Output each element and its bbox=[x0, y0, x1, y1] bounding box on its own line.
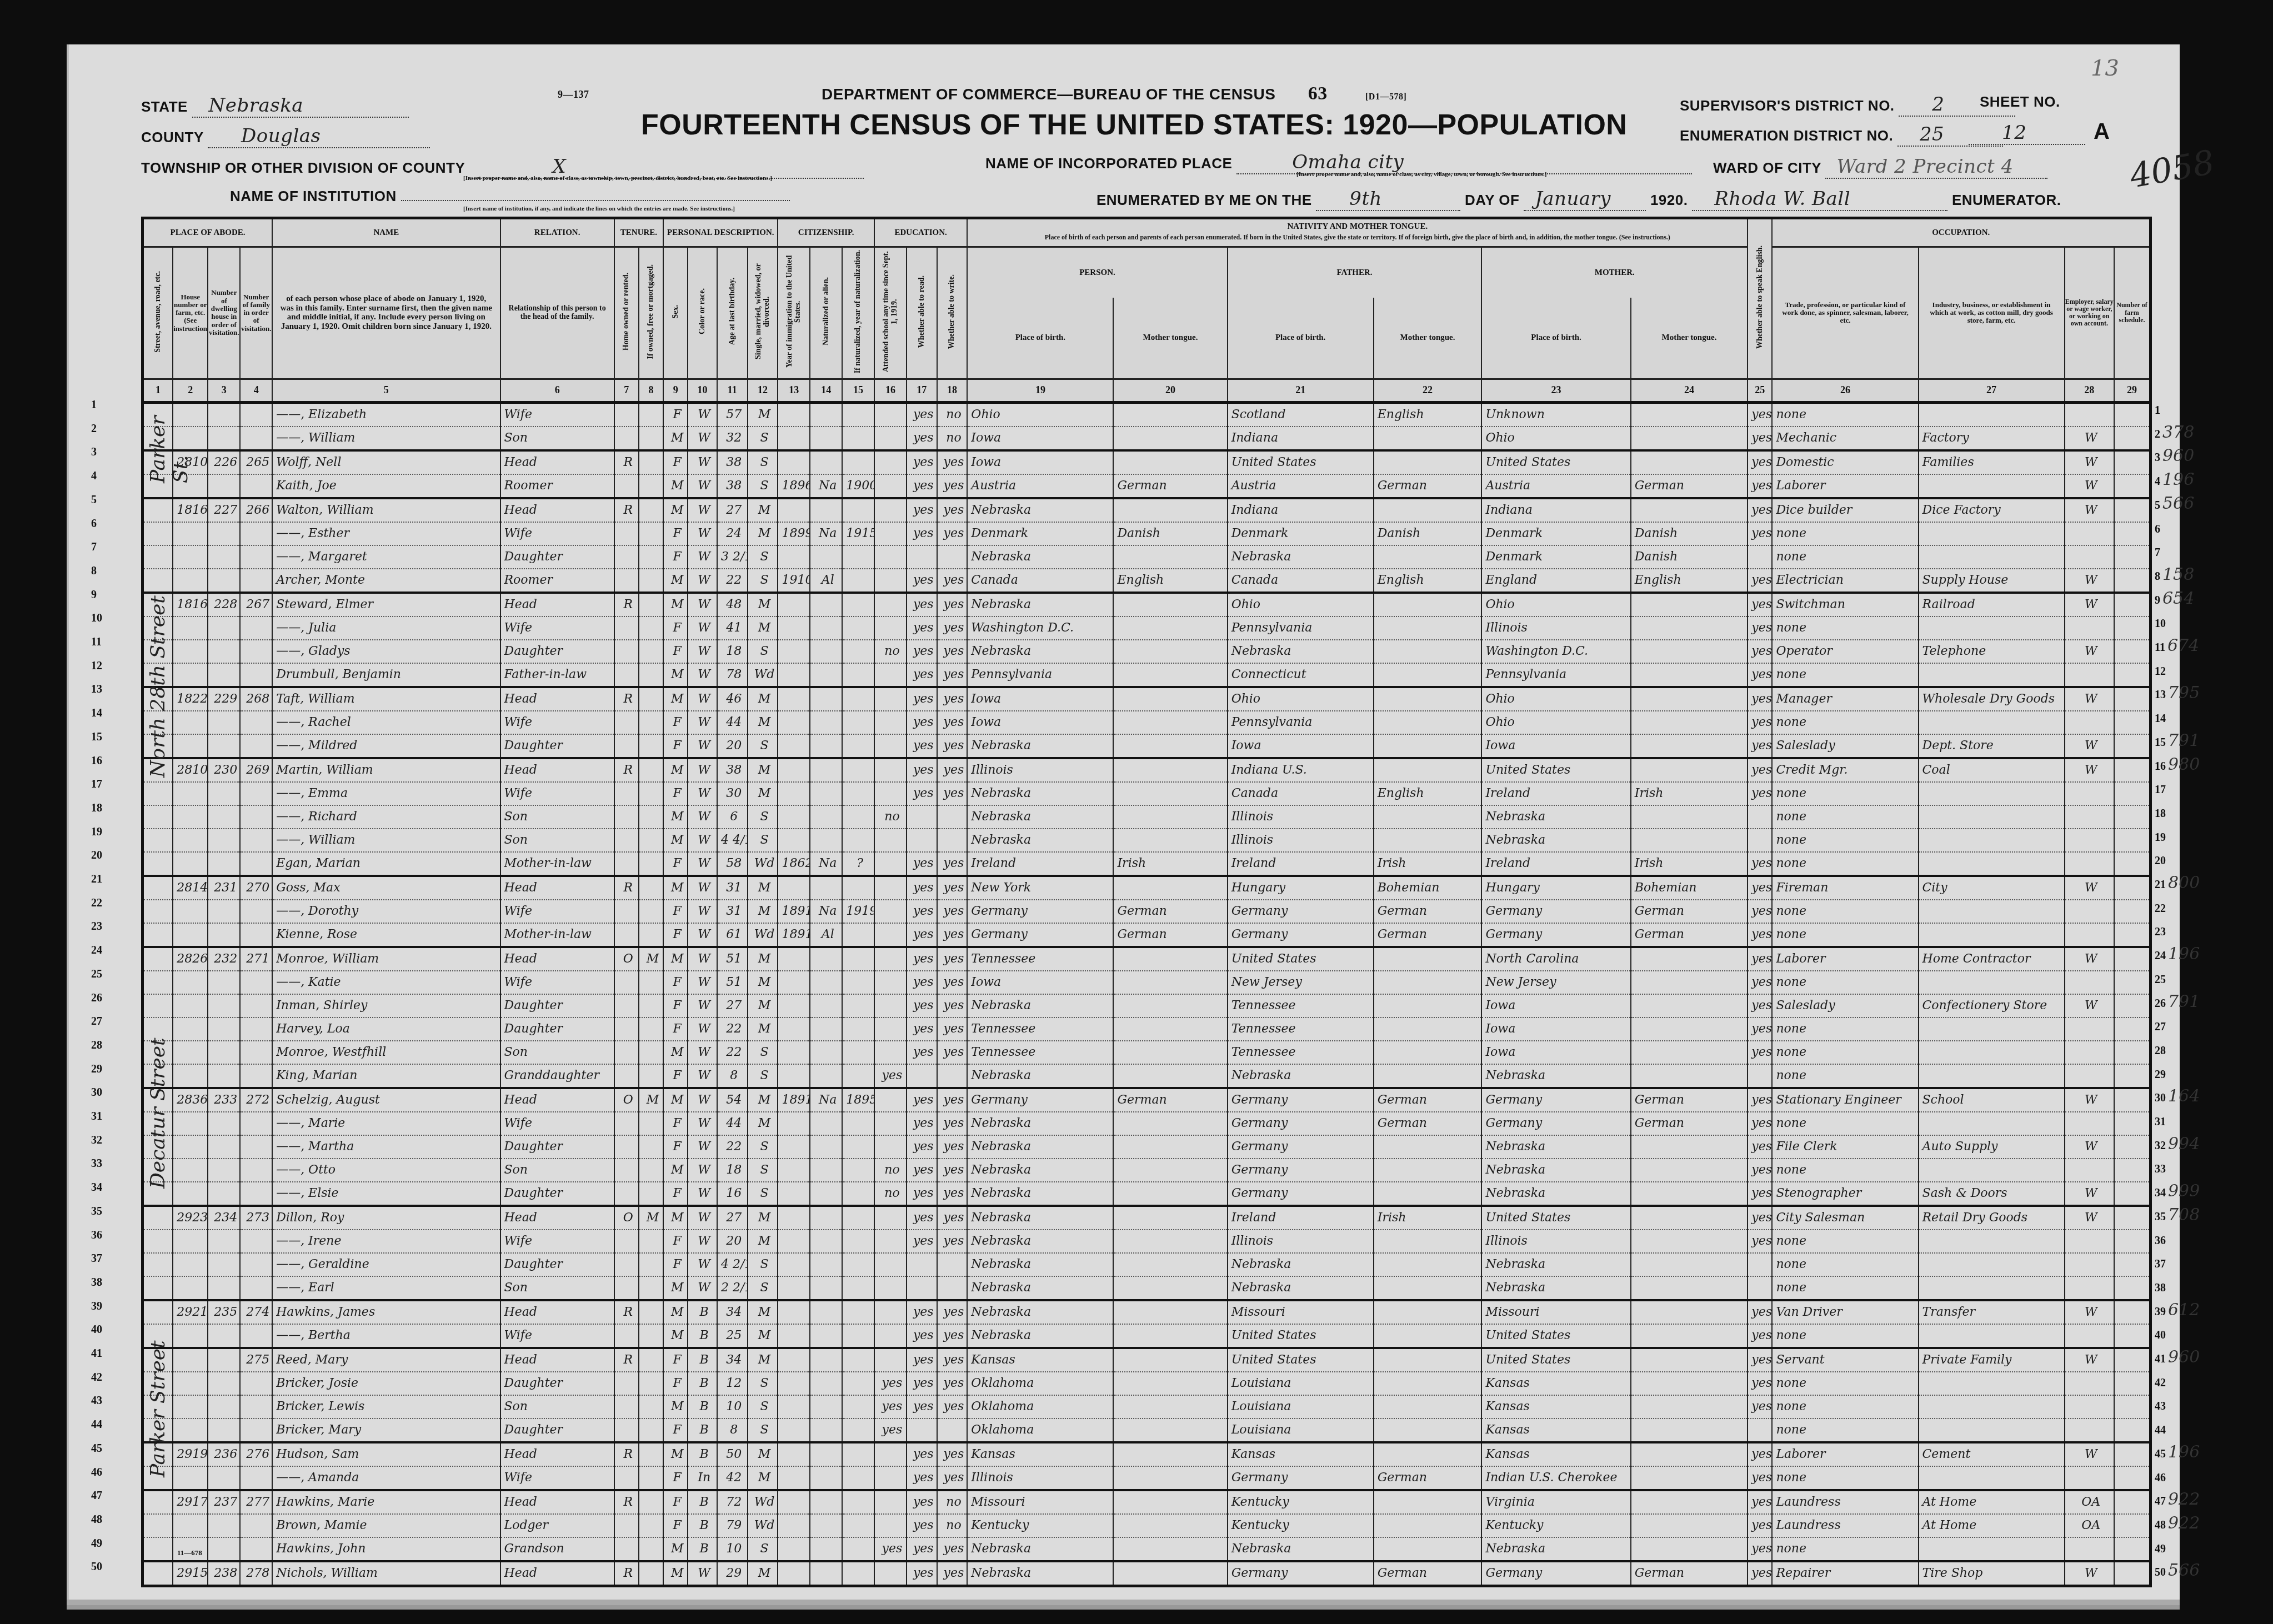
cell-write bbox=[937, 1253, 968, 1276]
cell-write: yes bbox=[937, 1537, 968, 1561]
cell-name: Goss, Max bbox=[272, 876, 500, 900]
cell-farm bbox=[2114, 734, 2150, 758]
cell-relation: Wife bbox=[500, 711, 614, 734]
cell-industry bbox=[1919, 663, 2065, 687]
cell-nat bbox=[810, 805, 842, 829]
cell-tongue bbox=[1113, 1230, 1227, 1253]
cell-dwelling: 233 bbox=[208, 1088, 240, 1112]
cell-employ bbox=[2065, 545, 2114, 569]
cell-family bbox=[240, 900, 272, 923]
cell-natyear bbox=[842, 450, 874, 474]
line-number: 46 bbox=[2155, 1472, 2166, 1484]
cell-farm bbox=[2114, 1324, 2150, 1348]
cell-home: R bbox=[614, 1348, 639, 1372]
cell-school bbox=[874, 569, 907, 593]
cell-trade: none bbox=[1772, 1395, 1918, 1419]
column-number: 4 bbox=[240, 379, 272, 402]
cell-trade: none bbox=[1772, 1466, 1918, 1490]
column-number: 1 bbox=[143, 379, 173, 402]
cell-pob: Nebraska bbox=[967, 545, 1113, 569]
cell-fpob: Germany bbox=[1228, 1112, 1374, 1135]
cell-home bbox=[614, 1466, 639, 1490]
cell-english: yes bbox=[1748, 1300, 1772, 1324]
cell-english: yes bbox=[1748, 734, 1772, 758]
cell-nat bbox=[810, 994, 842, 1017]
cell-name: Kienne, Rose bbox=[272, 923, 500, 947]
cell-relation: Lodger bbox=[500, 1514, 614, 1537]
cell-write bbox=[937, 1064, 968, 1088]
line-number-left: 37 bbox=[91, 1252, 102, 1265]
cell-marital: S bbox=[748, 545, 778, 569]
cell-pob: Nebraska bbox=[967, 1561, 1113, 1586]
col-15-header: If naturalized, year of naturalization. bbox=[842, 247, 874, 379]
cell-ftongue bbox=[1374, 1537, 1482, 1561]
cell-owned bbox=[639, 1041, 663, 1064]
cell-school: no bbox=[874, 805, 907, 829]
cell-family bbox=[240, 1112, 272, 1135]
line-number: 9 bbox=[2155, 594, 2160, 607]
cell-marital: S bbox=[748, 640, 778, 663]
cell-farm bbox=[2114, 923, 2150, 947]
cell-school bbox=[874, 687, 907, 711]
cell-sex: F bbox=[663, 1230, 688, 1253]
cell-mtongue bbox=[1631, 1253, 1748, 1276]
cell-pob: Kansas bbox=[967, 1348, 1113, 1372]
cell-ftongue bbox=[1374, 1324, 1482, 1348]
cell-nat bbox=[810, 1300, 842, 1324]
cell-natyear bbox=[842, 923, 874, 947]
cell-name: Nichols, William bbox=[272, 1561, 500, 1586]
cell-house bbox=[173, 805, 208, 829]
cell-pob: Ohio bbox=[967, 402, 1113, 427]
cell-natyear bbox=[842, 1514, 874, 1537]
line-number: 2 bbox=[2155, 428, 2160, 440]
cell-home bbox=[614, 427, 639, 450]
cell-write: yes bbox=[937, 1372, 968, 1395]
cell-natyear bbox=[842, 498, 874, 522]
cell-family bbox=[240, 1419, 272, 1442]
cell-nat: Al bbox=[810, 569, 842, 593]
cell-immig bbox=[778, 1253, 810, 1276]
sheet-value: 12 bbox=[1969, 122, 2085, 145]
cell-house bbox=[173, 663, 208, 687]
occupation-code: 791 bbox=[2168, 992, 2200, 1011]
cell-trade: Stationary Engineer bbox=[1772, 1088, 1918, 1112]
cell-family bbox=[240, 402, 272, 427]
cell-mtongue: German bbox=[1631, 1088, 1748, 1112]
cell-write: no bbox=[937, 427, 968, 450]
cell-age: 30 bbox=[717, 782, 748, 805]
cell-age: 32 bbox=[717, 427, 748, 450]
cell-fpob: Germany bbox=[1228, 1466, 1374, 1490]
cell-mtongue: German bbox=[1631, 1112, 1748, 1135]
cell-school bbox=[874, 522, 907, 545]
cell-owned bbox=[639, 1419, 663, 1442]
line-number: 32 bbox=[2155, 1140, 2166, 1152]
cell-farm bbox=[2114, 1135, 2150, 1159]
cell-immig bbox=[778, 1276, 810, 1300]
line-number-left: 16 bbox=[91, 755, 102, 768]
cell-name: ——, Emma bbox=[272, 782, 500, 805]
cell-school: no bbox=[874, 640, 907, 663]
cell-dwelling: 229 bbox=[208, 687, 240, 711]
cell-write bbox=[937, 1276, 968, 1300]
cell-ftongue bbox=[1374, 687, 1482, 711]
cell-write: yes bbox=[937, 994, 968, 1017]
cell-farm bbox=[2114, 1112, 2150, 1135]
cell-name: Monroe, Westfhill bbox=[272, 1041, 500, 1064]
cell-school bbox=[874, 1324, 907, 1348]
line-number: 15 bbox=[2155, 736, 2166, 749]
cell-nat bbox=[810, 593, 842, 616]
line-number-left: 7 bbox=[91, 541, 97, 554]
cell-read: yes bbox=[907, 1182, 937, 1206]
cell-relation: Head bbox=[500, 1442, 614, 1466]
enumerated-day: 9th bbox=[1316, 188, 1460, 211]
cell-farm bbox=[2114, 1017, 2150, 1041]
cell-employ: W bbox=[2065, 1135, 2114, 1159]
cell-school bbox=[874, 1017, 907, 1041]
cell-relation: Mother-in-law bbox=[500, 923, 614, 947]
mother-header: MOTHER. bbox=[1481, 247, 1748, 298]
cell-sex: F bbox=[663, 711, 688, 734]
cell-house: 1822 bbox=[173, 687, 208, 711]
cell-natyear bbox=[842, 782, 874, 805]
cell-write: yes bbox=[937, 1395, 968, 1419]
cell-farm bbox=[2114, 427, 2150, 450]
cell-farm bbox=[2114, 1442, 2150, 1466]
cell-employ bbox=[2065, 829, 2114, 852]
enumeration-field: ENUMERATION DISTRICT NO. 25 bbox=[1680, 123, 2003, 147]
cell-sex: M bbox=[663, 1276, 688, 1300]
cell-english: yes bbox=[1748, 852, 1772, 876]
cell-age: 25 bbox=[717, 1324, 748, 1348]
cell-mpob: Kansas bbox=[1481, 1395, 1630, 1419]
cell-sex: F bbox=[663, 616, 688, 640]
cell-school: yes bbox=[874, 1372, 907, 1395]
line-number-right: 48922 bbox=[2155, 1513, 2200, 1533]
institution-label: NAME OF INSTITUTION bbox=[230, 188, 397, 204]
table-row: 2919236276Hudson, SamHeadRMB50MyesyesKan… bbox=[143, 1442, 2151, 1466]
cell-nat bbox=[810, 616, 842, 640]
cell-nat: Na bbox=[810, 522, 842, 545]
col-18-header: Whether able to write. bbox=[937, 247, 968, 379]
cell-employ bbox=[2065, 1230, 2114, 1253]
cell-tongue bbox=[1113, 1253, 1227, 1276]
cell-street bbox=[143, 1514, 173, 1537]
col-4-header: Number of family in order of visitation. bbox=[240, 247, 272, 379]
cell-home bbox=[614, 640, 639, 663]
cell-family: 277 bbox=[240, 1490, 272, 1514]
cell-school: yes bbox=[874, 1064, 907, 1088]
cell-name: Hudson, Sam bbox=[272, 1442, 500, 1466]
cell-school bbox=[874, 947, 907, 971]
cell-english: yes bbox=[1748, 711, 1772, 734]
cell-tongue: German bbox=[1113, 923, 1227, 947]
cell-write: yes bbox=[937, 711, 968, 734]
cell-marital: M bbox=[748, 593, 778, 616]
cell-race: W bbox=[688, 663, 717, 687]
line-number: 21 bbox=[2155, 879, 2166, 891]
cell-natyear bbox=[842, 947, 874, 971]
cell-race: W bbox=[688, 522, 717, 545]
cell-family bbox=[240, 782, 272, 805]
cell-industry: Confectionery Store bbox=[1919, 994, 2065, 1017]
cell-trade: none bbox=[1772, 805, 1918, 829]
cell-relation: Head bbox=[500, 450, 614, 474]
cell-relation: Father-in-law bbox=[500, 663, 614, 687]
cell-dwelling bbox=[208, 1514, 240, 1537]
cell-industry: Tire Shop bbox=[1919, 1561, 2065, 1586]
cell-owned bbox=[639, 971, 663, 994]
cell-natyear bbox=[842, 545, 874, 569]
cell-home bbox=[614, 663, 639, 687]
cell-read: yes bbox=[907, 427, 937, 450]
cell-natyear bbox=[842, 1300, 874, 1324]
cell-natyear: 1919 bbox=[842, 900, 874, 923]
cell-owned bbox=[639, 1348, 663, 1372]
cell-street bbox=[143, 782, 173, 805]
table-row: Harvey, LoaDaughterFW22MyesyesTennesseeT… bbox=[143, 1017, 2151, 1041]
cell-dwelling: 230 bbox=[208, 758, 240, 782]
cell-employ: W bbox=[2065, 474, 2114, 498]
cell-name: Bricker, Lewis bbox=[272, 1395, 500, 1419]
cell-farm bbox=[2114, 545, 2150, 569]
cell-dwelling: 235 bbox=[208, 1300, 240, 1324]
cell-marital: M bbox=[748, 971, 778, 994]
cell-school bbox=[874, 900, 907, 923]
line-number-right: 20 bbox=[2155, 849, 2168, 869]
cell-age: 20 bbox=[717, 1230, 748, 1253]
cell-trade: Stenographer bbox=[1772, 1182, 1918, 1206]
cell-write: yes bbox=[937, 1300, 968, 1324]
cell-race: W bbox=[688, 687, 717, 711]
cell-dwelling bbox=[208, 663, 240, 687]
cell-house bbox=[173, 616, 208, 640]
cell-sex: M bbox=[663, 687, 688, 711]
census-table: PLACE OF ABODE. NAME RELATION. TENURE. P… bbox=[141, 217, 2152, 1587]
cell-relation: Daughter bbox=[500, 994, 614, 1017]
cell-dwelling bbox=[208, 402, 240, 427]
cell-ftongue bbox=[1374, 1230, 1482, 1253]
cell-sex: F bbox=[663, 1372, 688, 1395]
cell-school bbox=[874, 1442, 907, 1466]
cell-immig bbox=[778, 1419, 810, 1442]
occupation-code: 791 bbox=[2168, 731, 2200, 750]
cell-mpob: Washington D.C. bbox=[1481, 640, 1630, 663]
cell-dwelling bbox=[208, 829, 240, 852]
cell-name: Drumbull, Benjamin bbox=[272, 663, 500, 687]
cell-school bbox=[874, 711, 907, 734]
cell-marital: S bbox=[748, 1395, 778, 1419]
occupation-code: 378 bbox=[2162, 423, 2194, 442]
cell-trade: City Salesman bbox=[1772, 1206, 1918, 1230]
ward-field: WARD OF CITY Ward 2 Precinct 4 bbox=[1713, 156, 2047, 179]
cell-write: yes bbox=[937, 1442, 968, 1466]
col-16-header: Attended school any time since Sept. 1, … bbox=[874, 247, 907, 379]
cell-school bbox=[874, 663, 907, 687]
cell-pob: Pennsylvania bbox=[967, 663, 1113, 687]
cell-marital: M bbox=[748, 758, 778, 782]
table-row: Inman, ShirleyDaughterFW27MyesyesNebrask… bbox=[143, 994, 2151, 1017]
cell-home bbox=[614, 1064, 639, 1088]
cell-nat bbox=[810, 1514, 842, 1537]
cell-house bbox=[173, 545, 208, 569]
line-number: 8 bbox=[2155, 570, 2160, 583]
cell-age: 31 bbox=[717, 900, 748, 923]
cell-school bbox=[874, 616, 907, 640]
cell-employ: W bbox=[2065, 734, 2114, 758]
line-number: 7 bbox=[2155, 547, 2160, 559]
cell-write: yes bbox=[937, 876, 968, 900]
cell-english: yes bbox=[1748, 1537, 1772, 1561]
cell-sex: F bbox=[663, 1112, 688, 1135]
cell-immig bbox=[778, 402, 810, 427]
cell-dwelling bbox=[208, 711, 240, 734]
table-row: 275Reed, MaryHeadRFB34MyesyesKansasUnite… bbox=[143, 1348, 2151, 1372]
table-row: Brown, MamieLodgerFB79WdyesnoKentuckyKen… bbox=[143, 1514, 2151, 1537]
cell-immig bbox=[778, 971, 810, 994]
cell-write: yes bbox=[937, 498, 968, 522]
form-footer: 11—678 bbox=[177, 1548, 202, 1557]
cell-mpob: Nebraska bbox=[1481, 1159, 1630, 1182]
cell-sex: F bbox=[663, 522, 688, 545]
cell-employ: W bbox=[2065, 1182, 2114, 1206]
table-row: 1816228267Steward, ElmerHeadRMW48Myesyes… bbox=[143, 593, 2151, 616]
cell-age: 72 bbox=[717, 1490, 748, 1514]
cell-mtongue bbox=[1631, 1537, 1748, 1561]
cell-name: Schelzig, August bbox=[272, 1088, 500, 1112]
table-row: ——, ElizabethWifeFW57MyesnoOhioScotlandE… bbox=[143, 402, 2151, 427]
township-hint: [Insert proper name and, also, name of c… bbox=[463, 175, 772, 182]
cell-house: 2919 bbox=[173, 1442, 208, 1466]
cell-immig bbox=[778, 994, 810, 1017]
line-number-right: 2378 bbox=[2155, 423, 2194, 442]
cell-marital: S bbox=[748, 1182, 778, 1206]
cell-employ: W bbox=[2065, 640, 2114, 663]
cell-read: yes bbox=[907, 1395, 937, 1419]
cell-name: ——, Martha bbox=[272, 1135, 500, 1159]
cell-marital: Wd bbox=[748, 1490, 778, 1514]
table-row: 2915238278Nichols, WilliamHeadRMW29Myesy… bbox=[143, 1561, 2151, 1586]
cell-sex: F bbox=[663, 402, 688, 427]
cell-write: no bbox=[937, 1490, 968, 1514]
cell-school bbox=[874, 474, 907, 498]
line-number: 39 bbox=[2155, 1306, 2166, 1318]
cell-read: yes bbox=[907, 1135, 937, 1159]
cell-farm bbox=[2114, 1348, 2150, 1372]
line-number-right: 26791 bbox=[2155, 992, 2200, 1011]
cell-natyear bbox=[842, 427, 874, 450]
cell-employ: W bbox=[2065, 427, 2114, 450]
table-row: 2917237277Hawkins, MarieHeadRFB72Wdyesno… bbox=[143, 1490, 2151, 1514]
cell-tongue bbox=[1113, 1372, 1227, 1395]
cell-tongue bbox=[1113, 1300, 1227, 1324]
cell-read: yes bbox=[907, 1442, 937, 1466]
cell-fpob: Illinois bbox=[1228, 805, 1374, 829]
cell-employ bbox=[2065, 1112, 2114, 1135]
cell-mtongue: Danish bbox=[1631, 522, 1748, 545]
line-number-right: 8158 bbox=[2155, 565, 2194, 584]
cell-name: Hawkins, Marie bbox=[272, 1490, 500, 1514]
cell-relation: Roomer bbox=[500, 569, 614, 593]
cell-marital: S bbox=[748, 1537, 778, 1561]
enumerated-field: ENUMERATED BY ME ON THE 9th DAY OF Janua… bbox=[1097, 188, 2061, 211]
cell-dwelling bbox=[208, 1159, 240, 1182]
cell-dwelling bbox=[208, 994, 240, 1017]
cell-immig: 1910 bbox=[778, 569, 810, 593]
cell-house: 2915 bbox=[173, 1561, 208, 1586]
cell-owned bbox=[639, 1230, 663, 1253]
line-number-left: 2 bbox=[91, 423, 97, 435]
cell-read: yes bbox=[907, 782, 937, 805]
cell-age: 20 bbox=[717, 734, 748, 758]
cell-ftongue bbox=[1374, 1182, 1482, 1206]
cell-sex: M bbox=[663, 829, 688, 852]
incorporated-label: NAME OF INCORPORATED PLACE bbox=[985, 155, 1232, 172]
cell-marital: S bbox=[748, 734, 778, 758]
cell-school bbox=[874, 402, 907, 427]
column-number: 13 bbox=[778, 379, 810, 402]
cell-pob: Tennessee bbox=[967, 947, 1113, 971]
cell-fpob: Louisiana bbox=[1228, 1372, 1374, 1395]
line-number-left: 26 bbox=[91, 992, 102, 1005]
cell-mpob: Nebraska bbox=[1481, 1276, 1630, 1300]
cell-employ: W bbox=[2065, 876, 2114, 900]
cell-house: 2923 bbox=[173, 1206, 208, 1230]
cell-name: Reed, Mary bbox=[272, 1348, 500, 1372]
cell-fpob: Kansas bbox=[1228, 1442, 1374, 1466]
cell-mpob: Ohio bbox=[1481, 711, 1630, 734]
cell-farm bbox=[2114, 1182, 2150, 1206]
cell-pob: Germany bbox=[967, 900, 1113, 923]
line-number-right: 1 bbox=[2155, 399, 2162, 418]
cell-owned bbox=[639, 805, 663, 829]
line-number: 18 bbox=[2155, 808, 2166, 820]
line-number-left: 24 bbox=[91, 944, 102, 957]
cell-write: yes bbox=[937, 1088, 968, 1112]
cell-natyear bbox=[842, 640, 874, 663]
cell-fpob: Nebraska bbox=[1228, 1064, 1374, 1088]
cell-english bbox=[1748, 545, 1772, 569]
line-number-left: 20 bbox=[91, 849, 102, 862]
cell-race: W bbox=[688, 1017, 717, 1041]
cell-fpob: Tennessee bbox=[1228, 1017, 1374, 1041]
cell-immig bbox=[778, 687, 810, 711]
line-number-left: 46 bbox=[91, 1466, 102, 1479]
line-number-left: 15 bbox=[91, 731, 102, 744]
cell-marital: M bbox=[748, 1324, 778, 1348]
person-header: PERSON. bbox=[967, 247, 1227, 298]
cell-industry bbox=[1919, 1230, 2065, 1253]
cell-fpob: New Jersey bbox=[1228, 971, 1374, 994]
col-9-header: Sex. bbox=[663, 247, 688, 379]
cell-ftongue: German bbox=[1374, 1466, 1482, 1490]
cell-fpob: Canada bbox=[1228, 782, 1374, 805]
line-number-left: 39 bbox=[91, 1300, 102, 1313]
cell-age: 3 2/12 bbox=[717, 545, 748, 569]
table-row: ——, MarieWifeFW44MyesyesNebraskaGermanyG… bbox=[143, 1112, 2151, 1135]
cell-dwelling bbox=[208, 1419, 240, 1442]
cell-natyear: 1895 bbox=[842, 1088, 874, 1112]
column-number: 19 bbox=[967, 379, 1113, 402]
cell-relation: Head bbox=[500, 1300, 614, 1324]
cell-relation: Head bbox=[500, 1088, 614, 1112]
cell-pob: Denmark bbox=[967, 522, 1113, 545]
cell-employ bbox=[2065, 1041, 2114, 1064]
cell-employ bbox=[2065, 1276, 2114, 1300]
cell-tongue bbox=[1113, 1017, 1227, 1041]
